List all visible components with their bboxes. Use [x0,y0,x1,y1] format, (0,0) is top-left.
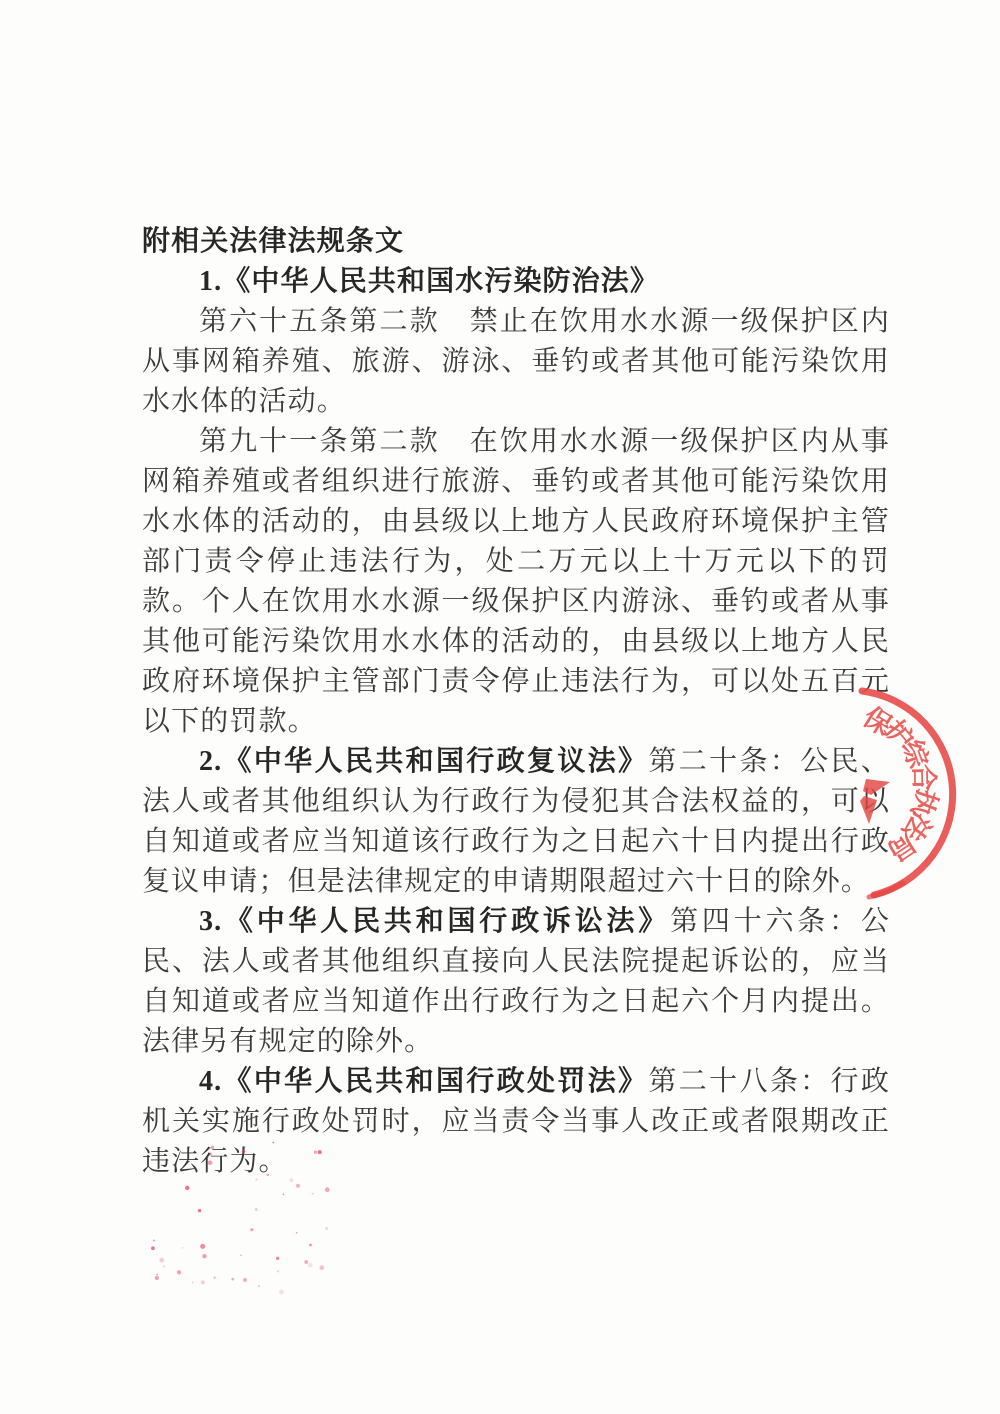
residue-dot [231,1278,234,1281]
law-title-segment: 4.《中华人民共和国行政处罚法》 [199,1066,648,1097]
residue-dot [258,1285,260,1287]
law-title-segment: 3.《中华人民共和国行政诉讼法》 [199,906,670,937]
residue-dot [151,1246,155,1250]
residue-dot [279,1290,284,1295]
residue-dot [185,1186,189,1190]
residue-dot [159,1258,164,1263]
residue-dot [255,1208,258,1211]
residue-dot [296,1232,298,1234]
seal-character: 综 [896,736,935,773]
residue-dot [202,1254,206,1258]
residue-dot [200,1244,205,1249]
law-2-administrative-reconsideration: 2.《中华人民共和国行政复议法》第二十条：公民、法人或者其他组织认为行政行为侵犯… [142,742,890,902]
residue-dot [177,1270,181,1274]
residue-dot [276,1257,279,1260]
residue-dot [325,1187,330,1192]
residue-dot [325,1227,328,1230]
residue-dot [277,1270,279,1272]
seal-character: 执 [906,785,943,820]
residue-dot [156,1274,158,1276]
residue-dot [309,1244,312,1247]
residue-dot [320,1265,325,1270]
residue-dot [240,1255,242,1257]
residue-dot [308,1263,313,1268]
law-3-administrative-litigation: 3.《中华人民共和国行政诉讼法》第四十六条：公民、法人或者其他组织直接向人民法院… [142,902,890,1062]
law-4-administrative-penalty: 4.《中华人民共和国行政处罚法》第二十八条：行政机关实施行政处罚时，应当责令当事… [142,1062,890,1182]
residue-dot [283,1193,285,1195]
residue-dot [153,1240,155,1242]
residue-dot [186,1185,188,1187]
scanned-document-page: 附相关法律法规条文1.《中华人民共和国水污染防治法》第六十五条第二款 禁止在饮用… [0,0,1000,1414]
article-65-2: 第六十五条第二款 禁止在饮用水水源一级保护区内从事网箱养殖、旅游、游泳、垂钓或者… [142,302,890,422]
residue-dot [250,1228,253,1231]
seal-character: 合 [908,764,939,792]
text-segment: 第九十一条第二款 在饮用水水源一级保护区内从事网箱养殖或者组织进行旅游、垂钓或者… [142,426,890,737]
residue-dot [155,1276,159,1280]
document-heading: 附相关法律法规条文 [142,222,890,262]
residue-dot [192,1282,193,1283]
residue-dot [243,1278,247,1282]
residue-dot [163,1265,166,1268]
residue-dot [201,1280,205,1284]
seal-character: 法 [896,807,937,847]
law-title-segment: 2.《中华人民共和国行政复议法》 [199,746,648,777]
article-91-2: 第九十一条第二款 在饮用水水源一级保护区内从事网箱养殖或者组织进行旅游、垂钓或者… [142,422,890,742]
law-title-segment: 附相关法律法规条文 [142,226,404,257]
residue-dot [296,1184,300,1188]
text-segment: 第六十五条第二款 禁止在饮用水水源一级保护区内从事网箱养殖、旅游、游泳、垂钓或者… [142,306,890,417]
residue-dot [182,1247,184,1249]
law-title-segment: 1.《中华人民共和国水污染防治法》 [199,266,659,297]
law-title-1: 1.《中华人民共和国水污染防治法》 [142,262,890,302]
residue-dot [213,1276,216,1279]
residue-dot [304,1260,308,1264]
legal-text-block: 附相关法律法规条文1.《中华人民共和国水污染防治法》第六十五条第二款 禁止在饮用… [142,222,890,1182]
residue-dot [312,1193,314,1195]
residue-dot [198,1209,202,1213]
